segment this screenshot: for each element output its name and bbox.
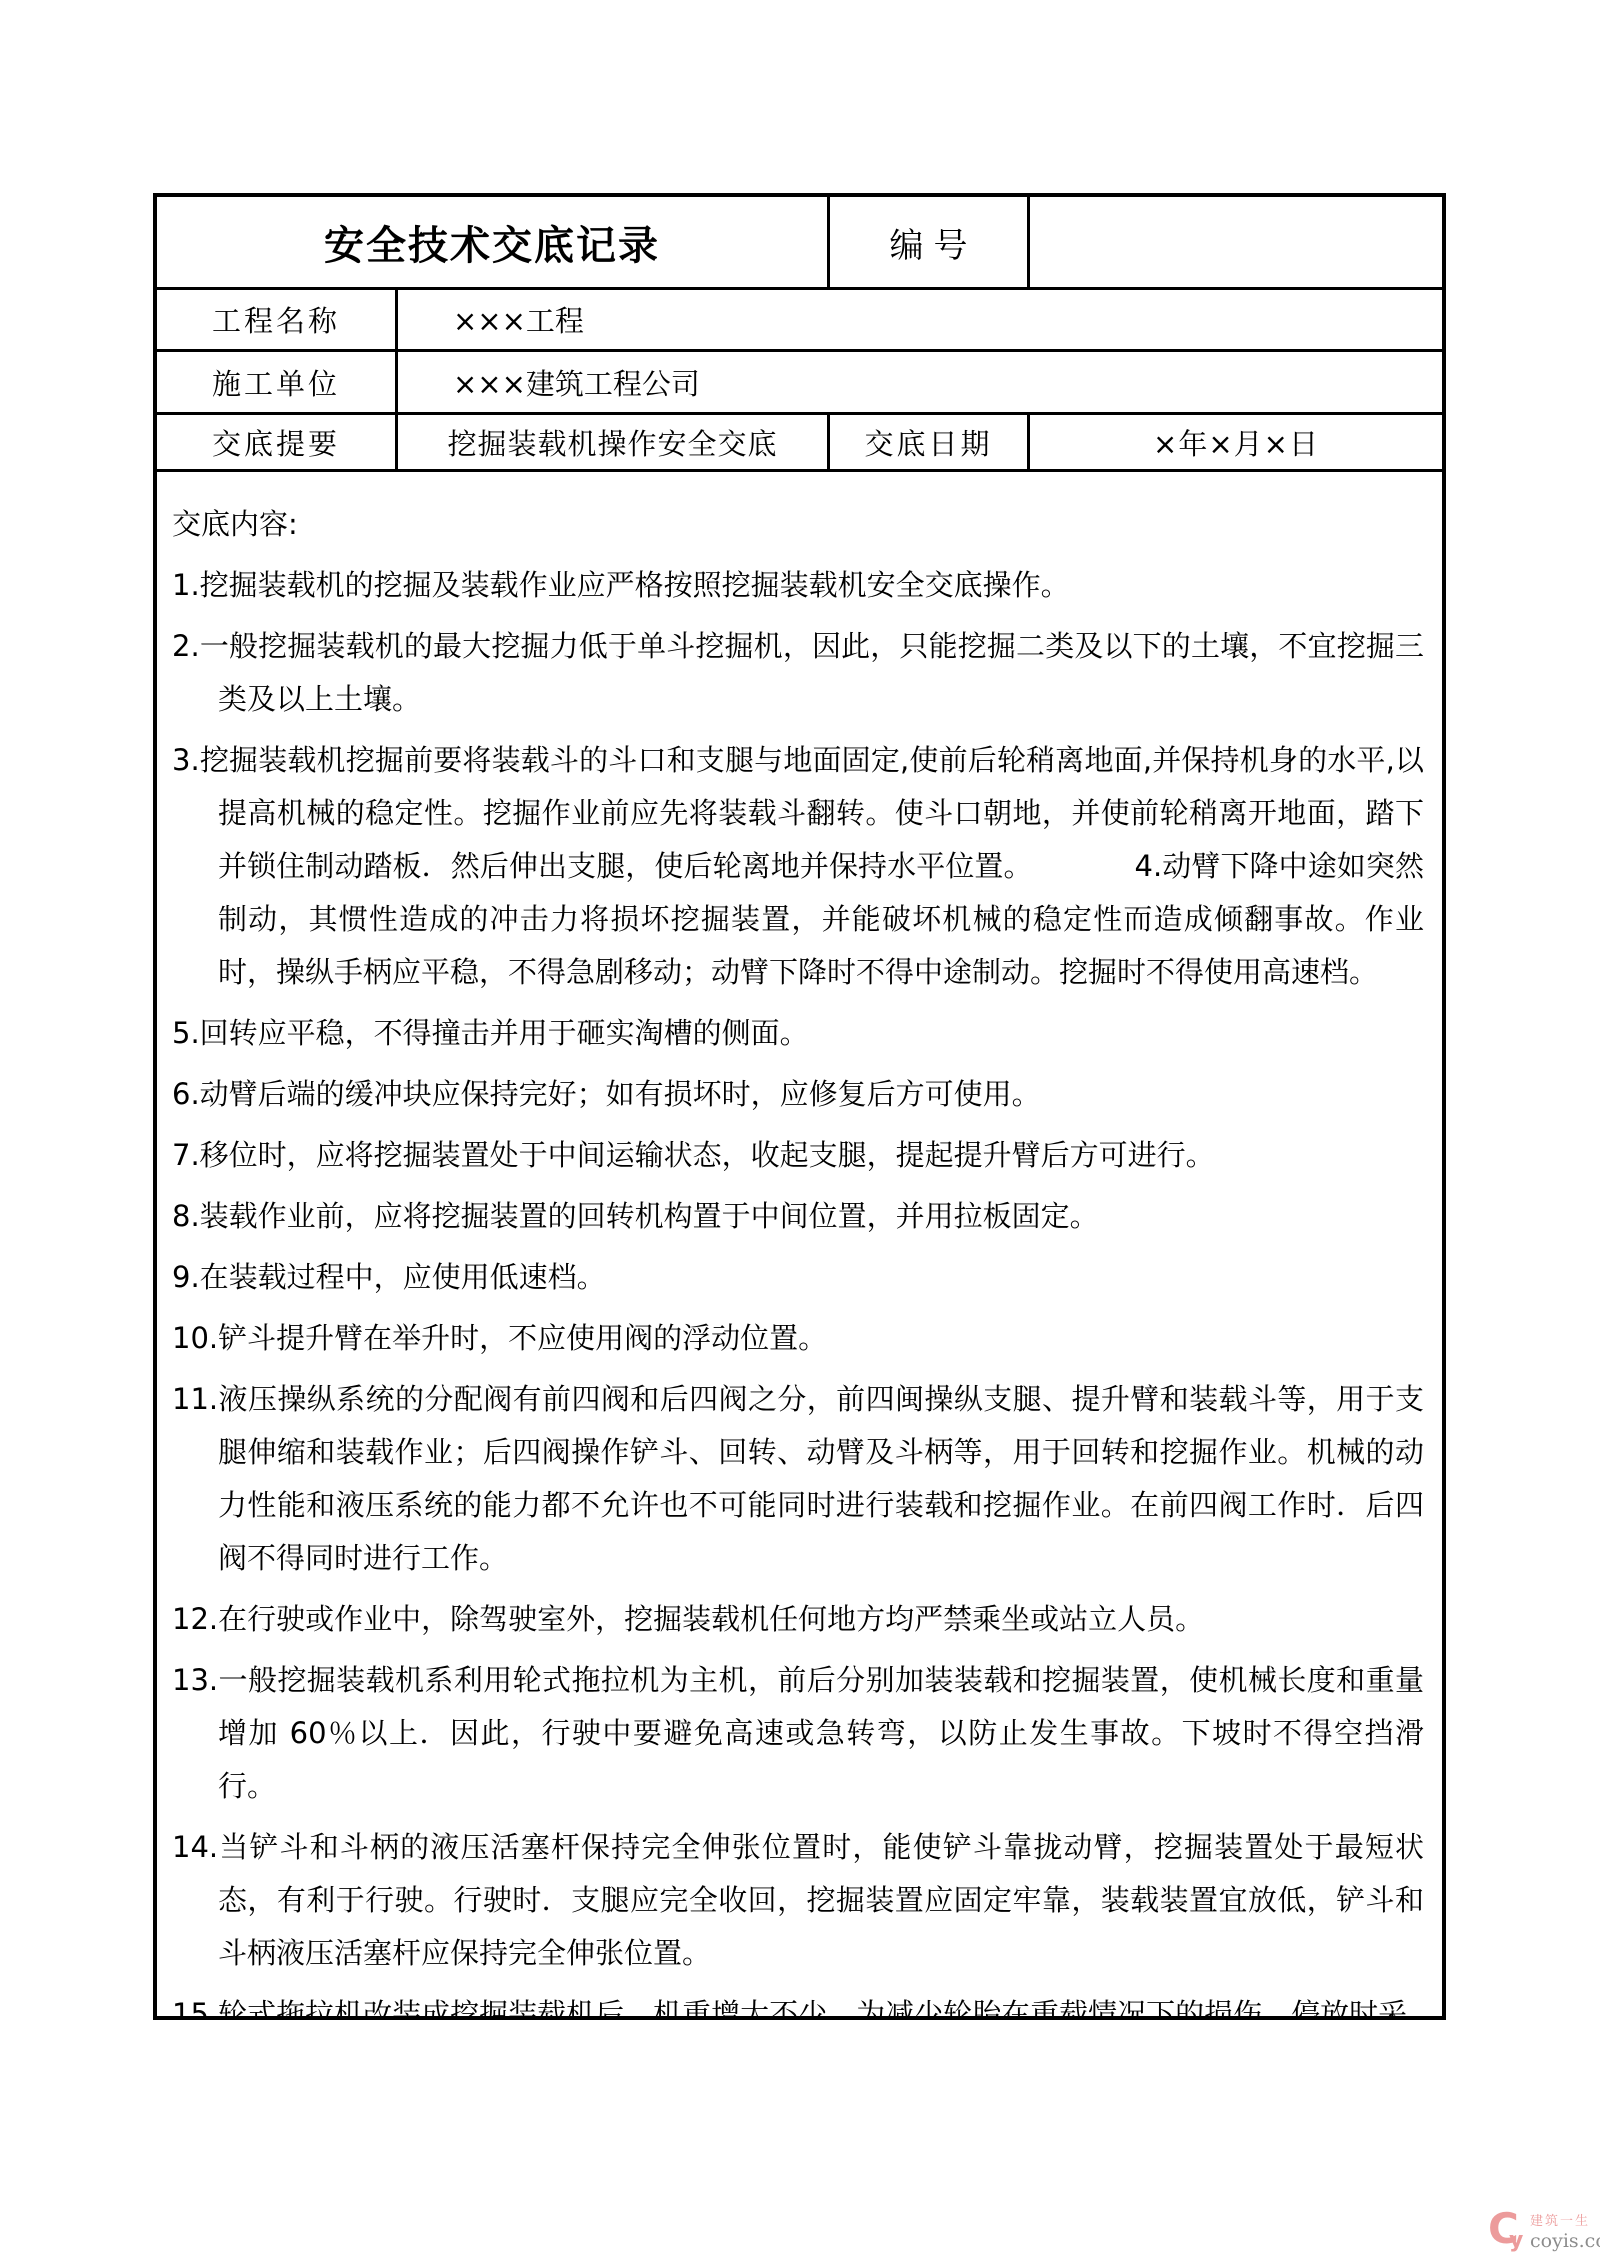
content-item: 6.动臂后端的缓冲块应保持完好；如有损坏时，应修复后方可使用。 [172,1068,1424,1121]
content-heading: 交底内容: [172,498,1424,551]
content-item: 2.一般挖掘装载机的最大挖掘力低于单斗挖掘机，因此，只能挖掘二类及以下的土壤，不… [172,620,1424,726]
content-item: 14.当铲斗和斗柄的液压活塞杆保持完全伸张位置时，能使铲斗靠拢动臂，挖掘装置处于… [172,1821,1424,1980]
disclosure-date-label: 交底日期 [827,415,1027,469]
content-item: 1.挖掘装载机的挖掘及装载作业应严格按照挖掘装载机安全交底操作。 [172,559,1424,612]
content-item: 10.铲斗提升臂在举升时，不应使用阀的浮动位置。 [172,1312,1424,1365]
project-name-value: ×××工程 [395,290,1442,349]
content-item: 7.移位时，应将挖掘装置处于中间运输状态，收起支腿，提起提升臂后方可进行。 [172,1129,1424,1182]
content-item: 5.回转应平稳，不得撞击并用于砸实淘槽的侧面。 [172,1007,1424,1060]
content-item: 13.一般挖掘装载机系利用轮式拖拉机为主机，前后分别加装装载和挖掘装置，使机械长… [172,1654,1424,1813]
logo-letter-y: y [1509,2230,1523,2252]
content-item: 8.装载作业前，应将挖掘装置的回转机构置于中间位置，并用拉板固定。 [172,1190,1424,1243]
content-items: 1.挖掘装载机的挖掘及装载作业应严格按照挖掘装载机安全交底操作。2.一般挖掘装载… [172,559,1424,2016]
construction-unit-value: ×××建筑工程公司 [395,352,1442,412]
safety-disclosure-form: 安全技术交底记录 编号 工程名称 ×××工程 施工单位 ×××建筑工程公司 交底… [153,193,1446,2020]
project-name-label: 工程名称 [157,290,395,349]
form-title: 安全技术交底记录 [157,197,827,287]
content-item: 12.在行驶或作业中，除驾驶室外，挖掘装载机任何地方均严禁乘坐或站立人员。 [172,1593,1424,1646]
title-row: 安全技术交底记录 编号 [157,197,1442,287]
disclosure-summary-row: 交底提要 挖掘装载机操作安全交底 交底日期 ×年×月×日 [157,412,1442,469]
number-label: 编号 [827,197,1027,287]
disclosure-date-value: ×年×月×日 [1027,415,1442,469]
watermark-text: 建筑一生 coyis.com [1530,2208,1600,2252]
watermark: C y 建筑一生 coyis.com [1488,2208,1600,2258]
coyis-logo-icon: C y [1488,2208,1526,2258]
project-name-row: 工程名称 ×××工程 [157,287,1442,349]
content-row: 交底内容: 1.挖掘装载机的挖掘及装载作业应严格按照挖掘装载机安全交底操作。2.… [157,469,1442,2016]
content-item: 3.挖掘装载机挖掘前要将装载斗的斗口和支腿与地面固定,使前后轮稍离地面,并保持机… [172,734,1424,999]
disclosure-content: 交底内容: 1.挖掘装载机的挖掘及装载作业应严格按照挖掘装载机安全交底操作。2.… [157,472,1442,2016]
watermark-site: coyis.com [1530,2230,1600,2252]
number-value [1027,197,1442,287]
construction-unit-row: 施工单位 ×××建筑工程公司 [157,349,1442,412]
content-item: 11.液压操纵系统的分配阀有前四阀和后四阀之分，前四闽操纵支腿、提升臂和装载斗等… [172,1373,1424,1585]
disclosure-summary-value: 挖掘装载机操作安全交底 [395,415,827,469]
watermark-brand: 建筑一生 [1530,2214,1600,2230]
content-item: 9.在装载过程中，应使用低速档。 [172,1251,1424,1304]
construction-unit-label: 施工单位 [157,352,395,412]
content-item: 15.轮式拖拉机改装成挖掘装载机后，机重增大不少，为减少轮胎在重载情况下的损伤，… [172,1988,1424,2016]
disclosure-summary-label: 交底提要 [157,415,395,469]
